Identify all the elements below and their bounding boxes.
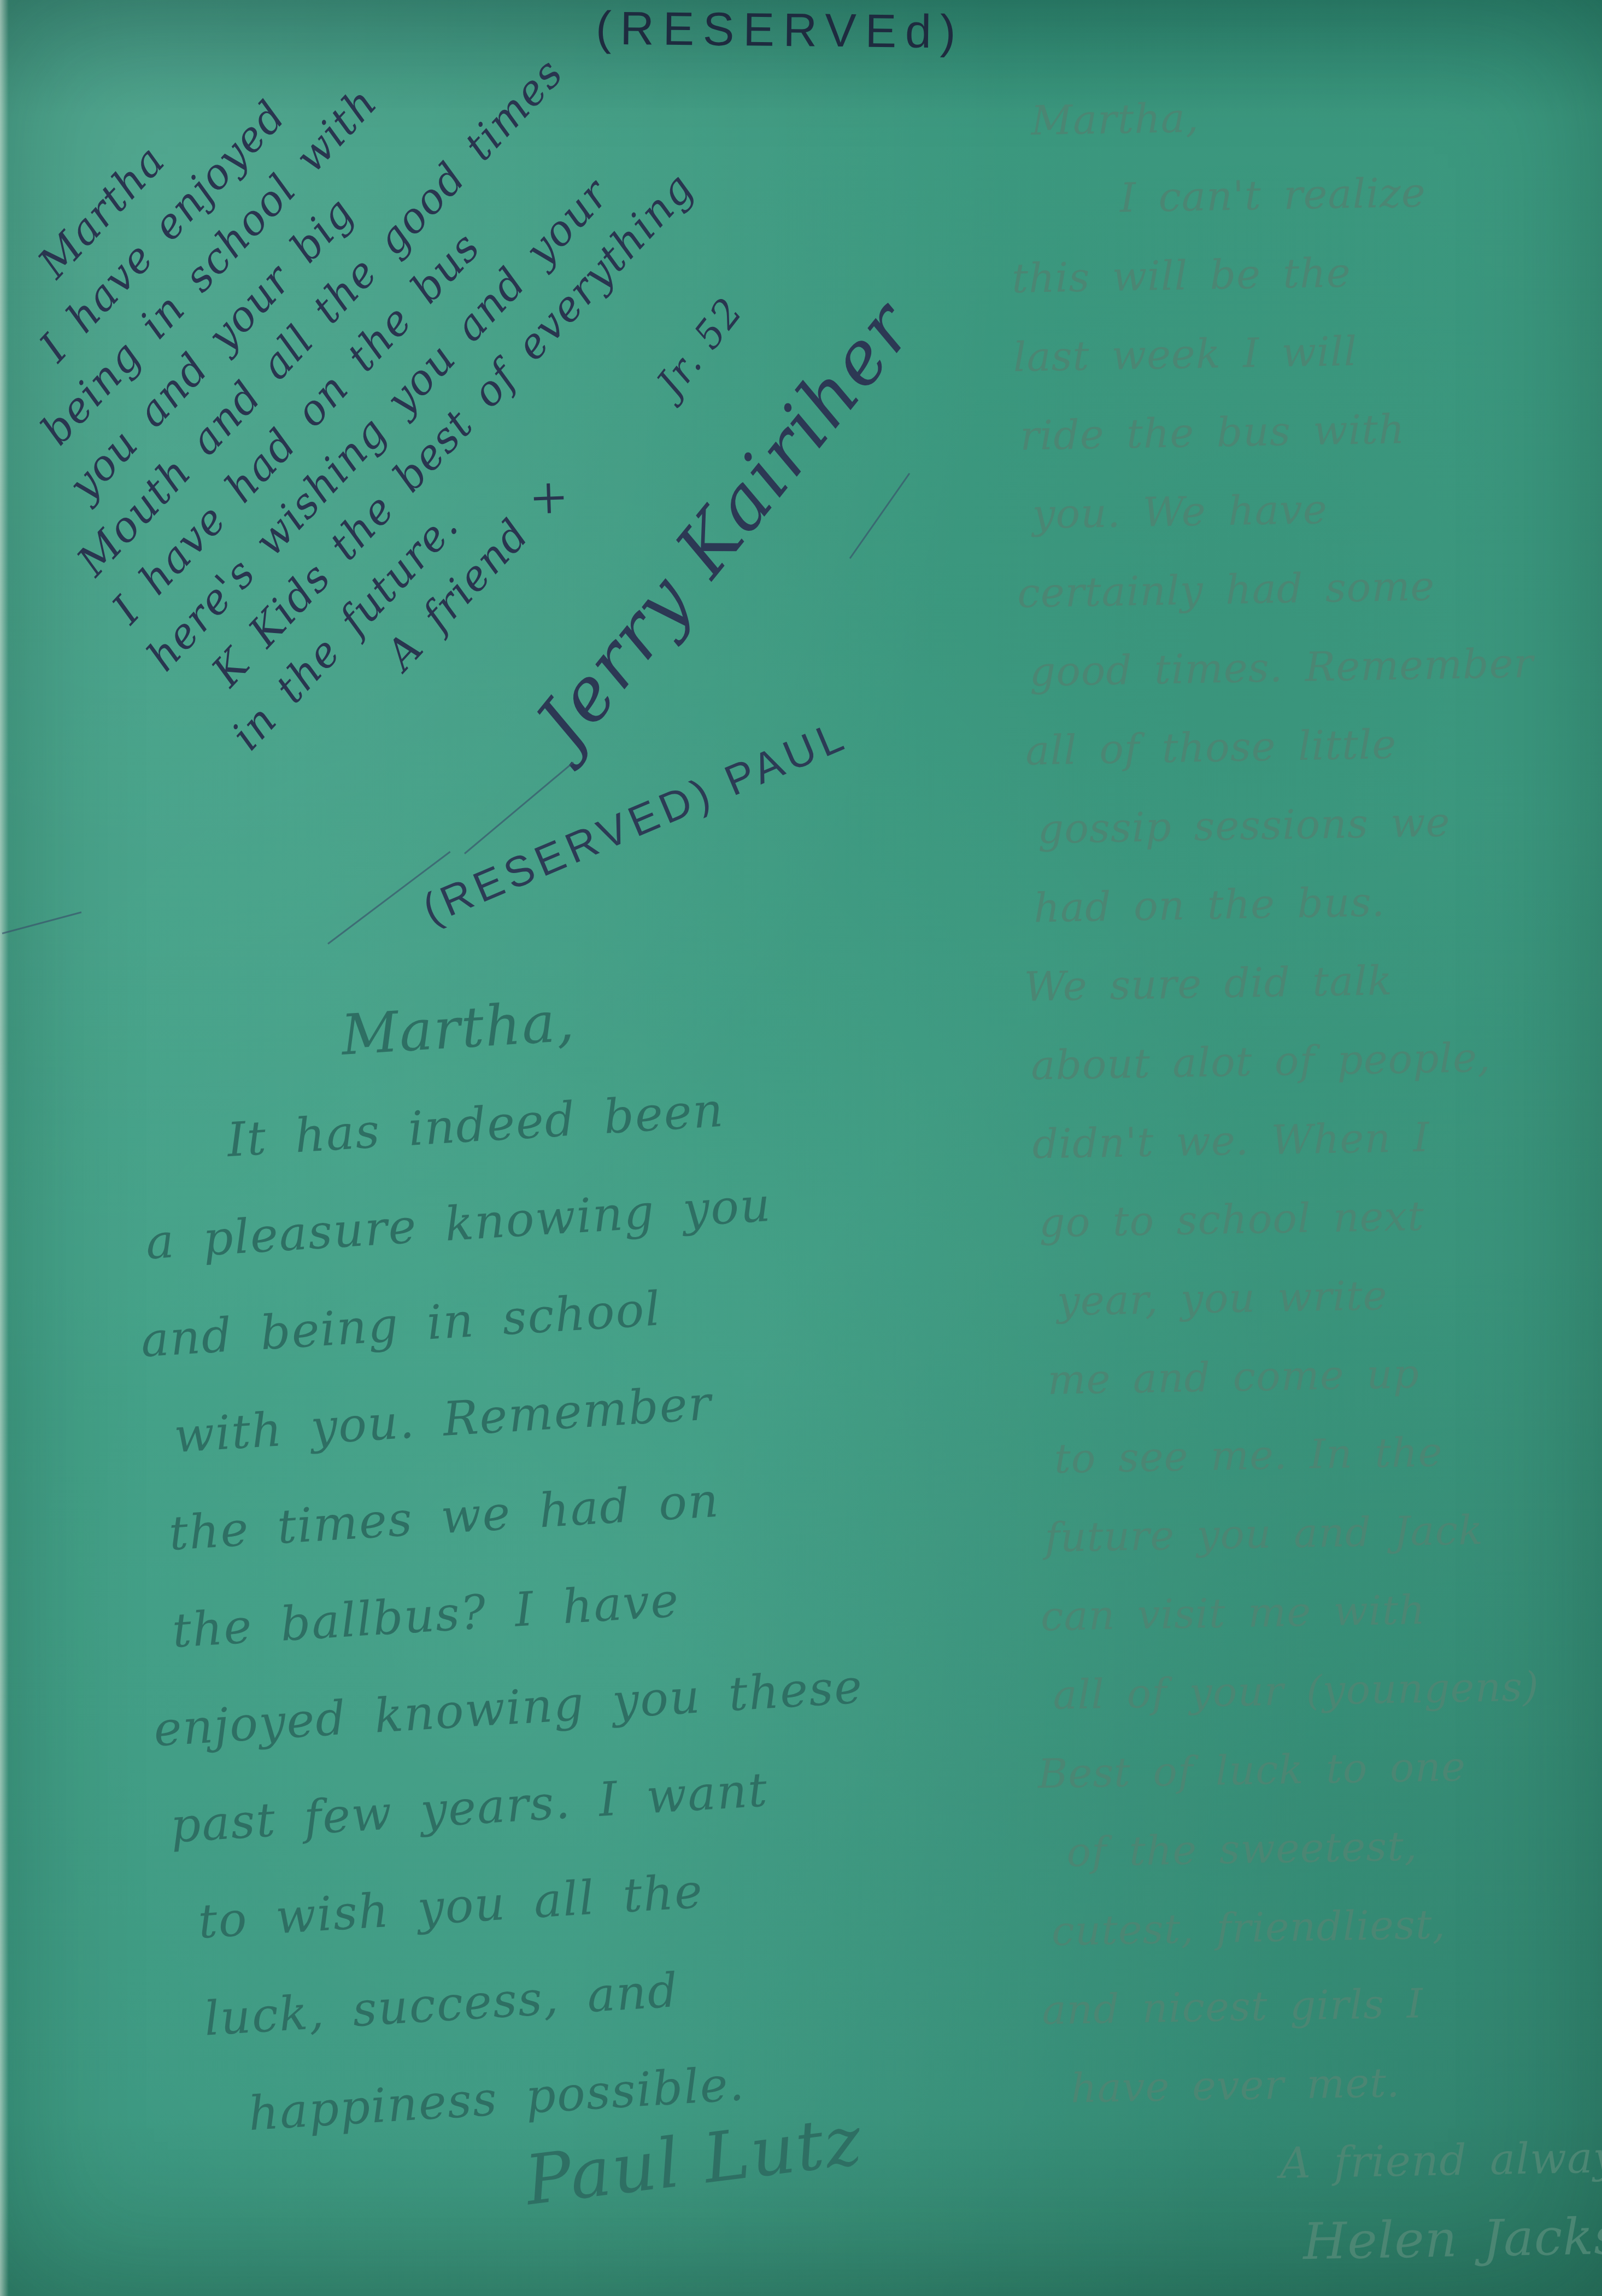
paul-note: Martha, It has indeed been a pleasure kn… xyxy=(82,958,890,2169)
helen-note-line: go to school next xyxy=(1038,1173,1602,1263)
helen-note-line: about alot of people, xyxy=(1030,1016,1602,1105)
helen-note-line: We sure did talk xyxy=(1024,937,1602,1027)
helen-note-line: me and come up xyxy=(1047,1331,1602,1420)
helen-note-line: this will be the xyxy=(1011,229,1602,318)
decorative-dash-stroke xyxy=(2,911,82,934)
helen-note: Martha, I can't realize this will be the… xyxy=(1008,71,1602,2286)
helen-note-line: all of your (youngens) xyxy=(1052,1645,1602,1735)
helen-note-line: I can't realize xyxy=(1119,150,1602,238)
helen-note-line: good times. Remember xyxy=(1029,622,1602,712)
reserved-heading: (RESERVEd) xyxy=(596,1,965,59)
decorative-slash-stroke xyxy=(849,473,910,559)
helen-note-line: certainly had some xyxy=(1017,543,1602,633)
helen-note-line: didn't we. When I xyxy=(1032,1094,1602,1184)
reserved-paul-label: (RESERVED) PAUL xyxy=(415,710,855,934)
helen-note-line: had on the bus. xyxy=(1033,858,1602,948)
helen-note-line: and nicest girls I xyxy=(1041,1960,1602,2049)
helen-note-line: cutest, friendliest, xyxy=(1051,1881,1602,1971)
helen-note-line: you. We have xyxy=(1032,465,1602,554)
helen-signature: Helen Jackson xyxy=(1302,2196,1602,2281)
helen-note-closing: A friend always xyxy=(1279,2117,1602,2203)
autograph-page: (RESERVEd) Martha I have enjoyed being i… xyxy=(0,0,1602,2296)
helen-note-line: gossip sessions we xyxy=(1037,780,1602,869)
helen-note-line: have ever met. xyxy=(1070,2039,1602,2128)
helen-note-line: ride the bus with xyxy=(1019,386,1602,476)
helen-note-line: can visit me with xyxy=(1040,1567,1602,1656)
helen-note-line: year, you write xyxy=(1057,1252,1602,1341)
helen-note-line: of the sweetest, xyxy=(1066,1802,1602,1891)
helen-note-salutation: Martha, xyxy=(1030,71,1602,160)
helen-note-line: all of those little xyxy=(1025,701,1602,790)
helen-note-line: future you and Jack xyxy=(1044,1488,1602,1578)
helen-note-line: to see me. In the xyxy=(1054,1409,1602,1498)
helen-note-line: last week I will xyxy=(1013,307,1602,397)
helen-note-line: Best of luck to one xyxy=(1037,1724,1602,1813)
